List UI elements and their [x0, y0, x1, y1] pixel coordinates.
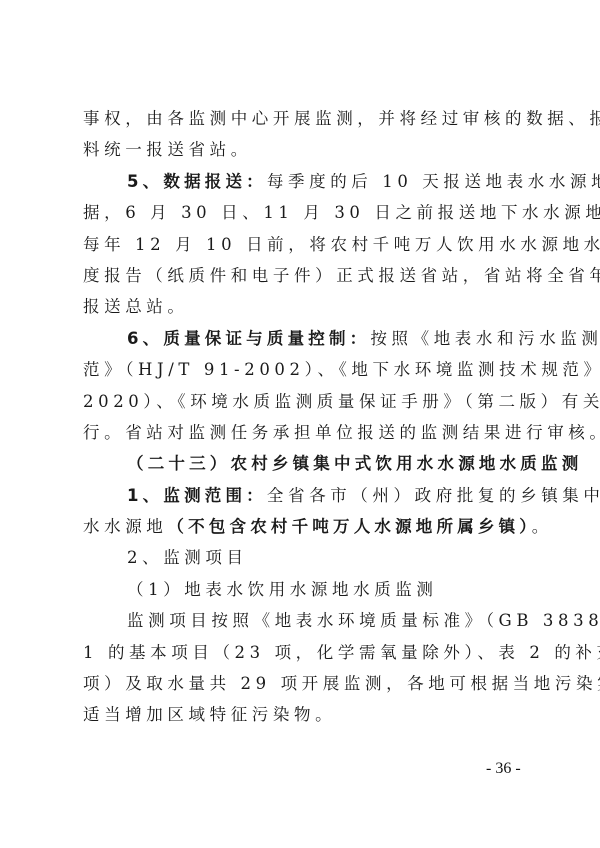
page-number: - 36 -	[486, 760, 521, 778]
section-label: 5、数据报送：	[127, 172, 267, 191]
paragraph-line: 行。省站对监测任务承担单位报送的监测结果进行审核。	[83, 417, 525, 448]
section-text: 全省各市（州）政府批复的乡镇集中式饮用	[267, 486, 600, 505]
line-tail: 。	[532, 517, 553, 536]
section-data-submission: 5、数据报送：每季度的后 10 天报送地表水水源地监测数	[83, 166, 525, 197]
section-text: 每季度的后 10 天报送地表水水源地监测数	[267, 172, 600, 191]
paragraph-line: 适当增加区域特征污染物。	[83, 699, 525, 730]
paragraph-line: 度报告（纸质件和电子件）正式报送省站，省站将全省年度报告	[83, 260, 525, 291]
paragraph-line: 事权，由各监测中心开展监测，并将经过审核的数据、报告等资	[83, 103, 525, 134]
document-body: 事权，由各监测中心开展监测，并将经过审核的数据、报告等资 料统一报送省站。 5、…	[83, 103, 525, 731]
section-label: 6、质量保证与质量控制：	[127, 329, 370, 348]
section-text: 按照《地表水和污水监测技术规	[370, 329, 600, 348]
line-text: 水水源地	[83, 517, 167, 536]
paragraph-line: 报送总站。	[83, 291, 525, 322]
section-monitoring-scope: 1、监测范围：全省各市（州）政府批复的乡镇集中式饮用	[83, 480, 525, 511]
subsection-title: （1）地表水饮用水源地水质监测	[83, 574, 525, 605]
section-quality-control: 6、质量保证与质量控制：按照《地表水和污水监测技术规	[83, 323, 525, 354]
paragraph-line: 2020）、《环境水质监测质量保证手册》（第二版）有关要求执	[83, 386, 525, 417]
paragraph-line: 料统一报送省站。	[83, 134, 525, 165]
emphasis-text: （不包含农村千吨万人水源地所属乡镇）	[167, 517, 531, 536]
section-label: 1、监测范围：	[127, 486, 267, 505]
subsection-title: 2、监测项目	[83, 542, 525, 573]
paragraph-line: 每年 12 月 10 日前，将农村千吨万人饮用水水源地水质监测年	[83, 229, 525, 260]
paragraph-line: 据，6 月 30 日、11 月 30 日之前报送地下水水源地监测数据。	[83, 197, 525, 228]
paragraph-line: 水水源地（不包含农村千吨万人水源地所属乡镇）。	[83, 511, 525, 542]
section-heading: （二十三）农村乡镇集中式饮用水水源地水质监测	[83, 448, 525, 479]
paragraph-line: 项）及取水量共 29 项开展监测，各地可根据当地污染实际情况，	[83, 668, 525, 699]
paragraph-line: 1 的基本项目（23 项，化学需氧量除外）、表 2 的补充项目（5	[83, 637, 525, 668]
paragraph-line: 监测项目按照《地表水环境质量标准》（GB 3838-2002）表	[83, 605, 525, 636]
paragraph-line: 范》（HJ/T 91-2002）、《地下水环境监测技术规范》（HJ 164-	[83, 354, 525, 385]
